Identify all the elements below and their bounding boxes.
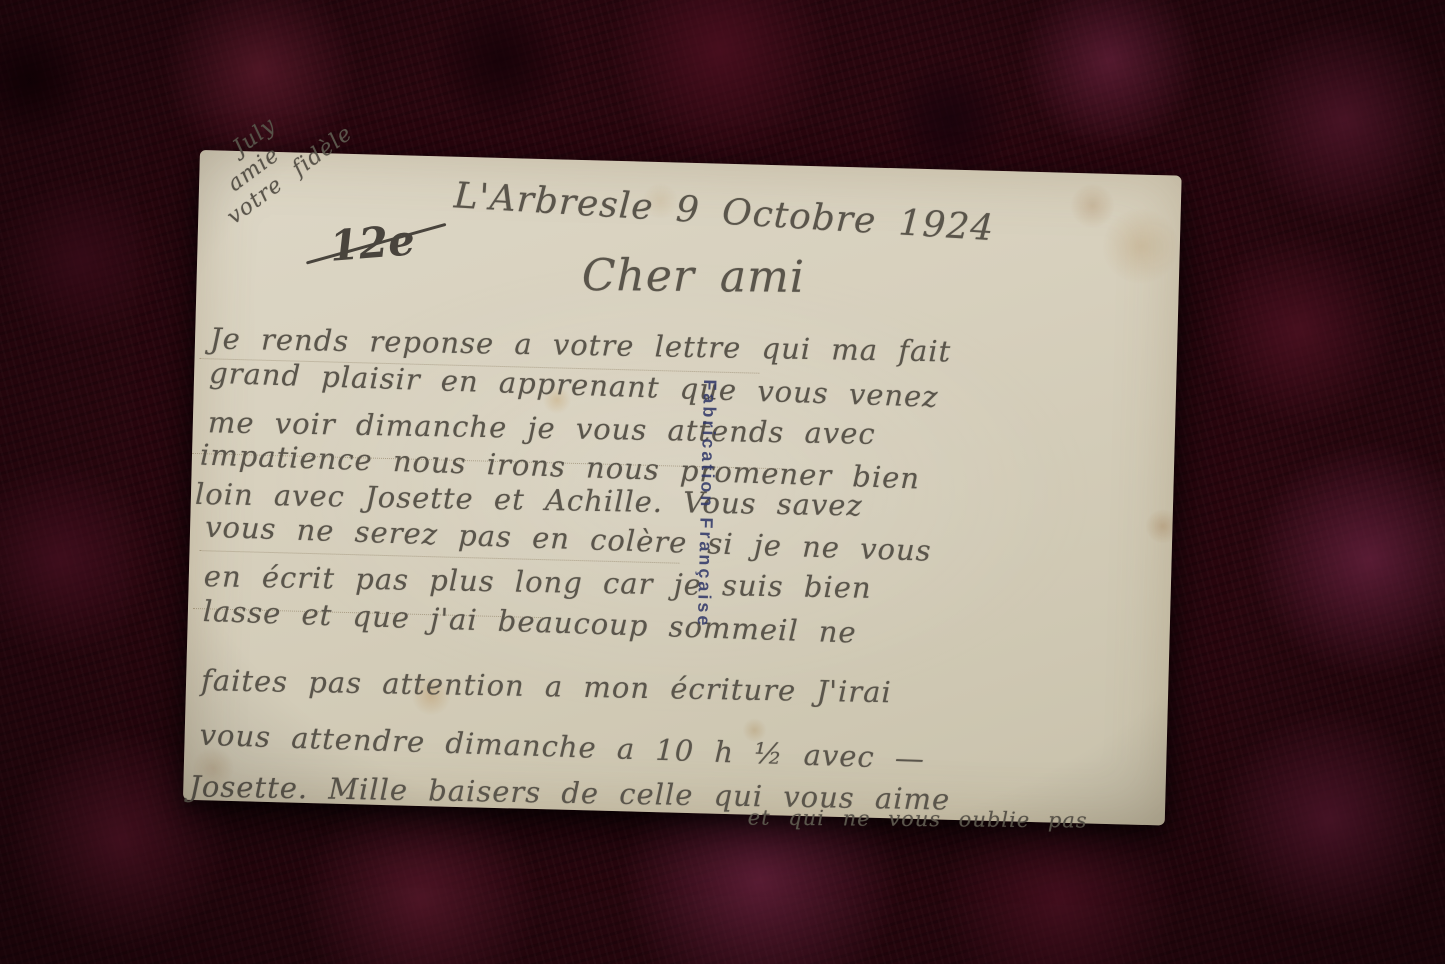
handwritten-line: vous attendre dimanche a 10 h ½ avec — — [199, 718, 925, 776]
dateline: L'Arbresle 9 Octobre 1924 — [453, 175, 996, 249]
salutation: Cher ami — [582, 250, 806, 303]
crossed-out-number: 12e — [328, 215, 417, 271]
photo-scene: July amie votre fidèle 12e L'Arbresle 9 … — [0, 0, 1445, 964]
handwritten-line: faites pas attention a mon écriture J'ir… — [201, 663, 892, 709]
closing-note: et qui ne vous oublie pas — [748, 806, 1088, 833]
margin-note: July amie votre fidèle — [192, 79, 358, 231]
postcard: July amie votre fidèle 12e L'Arbresle 9 … — [183, 150, 1182, 825]
